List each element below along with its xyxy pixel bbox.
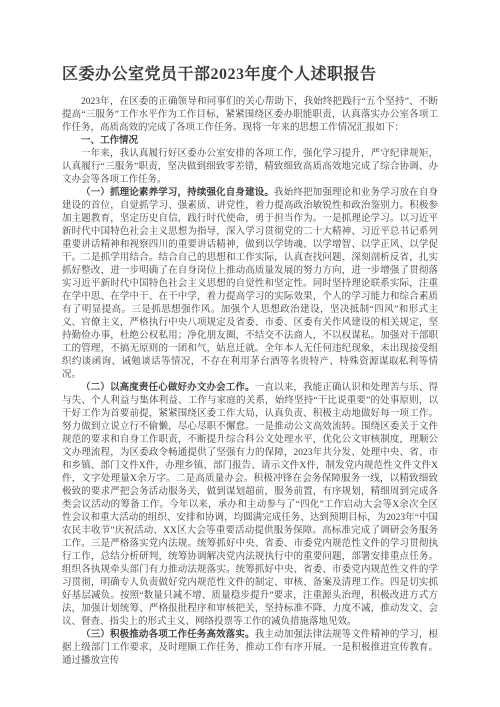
subsection-1-paragraph: （一）抓理论素养学习，持续强化自身建设。我始终把加强理论和业务学习放在自身建设的…	[62, 187, 438, 382]
intro-paragraph: 2023年，在区委的正确领导和同事们的关心帮助下，我始终把践行“五个坚持”、不断…	[62, 96, 438, 135]
paragraph-lead: （二）以高度责任心做好办文办会工作。	[81, 383, 255, 393]
paragraph-text: 2023年，在区委的正确领导和同事们的关心帮助下，我始终把践行“五个坚持”、不断…	[62, 97, 438, 133]
section-heading: 一、工作情况	[62, 135, 438, 148]
subsection-2-paragraph: （二）以高度责任心做好办文办会工作。一直以来，我能正确认识和处理苦与乐、得与失、…	[62, 382, 438, 629]
paragraph-text: 一年来，我认真履行好区委办公室安排的各项工作，强化学习提升，严守纪律规矩，认真履…	[62, 149, 438, 185]
overview-paragraph: 一年来，我认真履行好区委办公室安排的各项工作，强化学习提升，严守纪律规矩，认真履…	[62, 148, 438, 187]
document-page: 区委办公室党员干部2023年度个人述职报告 2023年，在区委的正确领导和同事们…	[0, 0, 500, 707]
document-title: 区委办公室党员干部2023年度个人述职报告	[62, 64, 438, 86]
paragraph-lead: （一）抓理论素养学习，持续强化自身建设。	[81, 188, 274, 198]
paragraph-text: 一直以来，我能正确认识和处理苦与乐、得与失、个人利益与集体利益、工作与家庭的关系…	[62, 383, 438, 627]
subsection-3-paragraph: （三）积极推动各项工作任务高效落实。我主动加强法律法规等文件精神的学习，根据上级…	[62, 629, 438, 668]
paragraph-lead: （三）积极推动各项工作任务高效落实。	[81, 630, 255, 640]
paragraph-text: 我始终把加强理论和业务学习放在自身建设的首位，自觉抓学习、强素质、讲党性，着力提…	[62, 188, 438, 380]
